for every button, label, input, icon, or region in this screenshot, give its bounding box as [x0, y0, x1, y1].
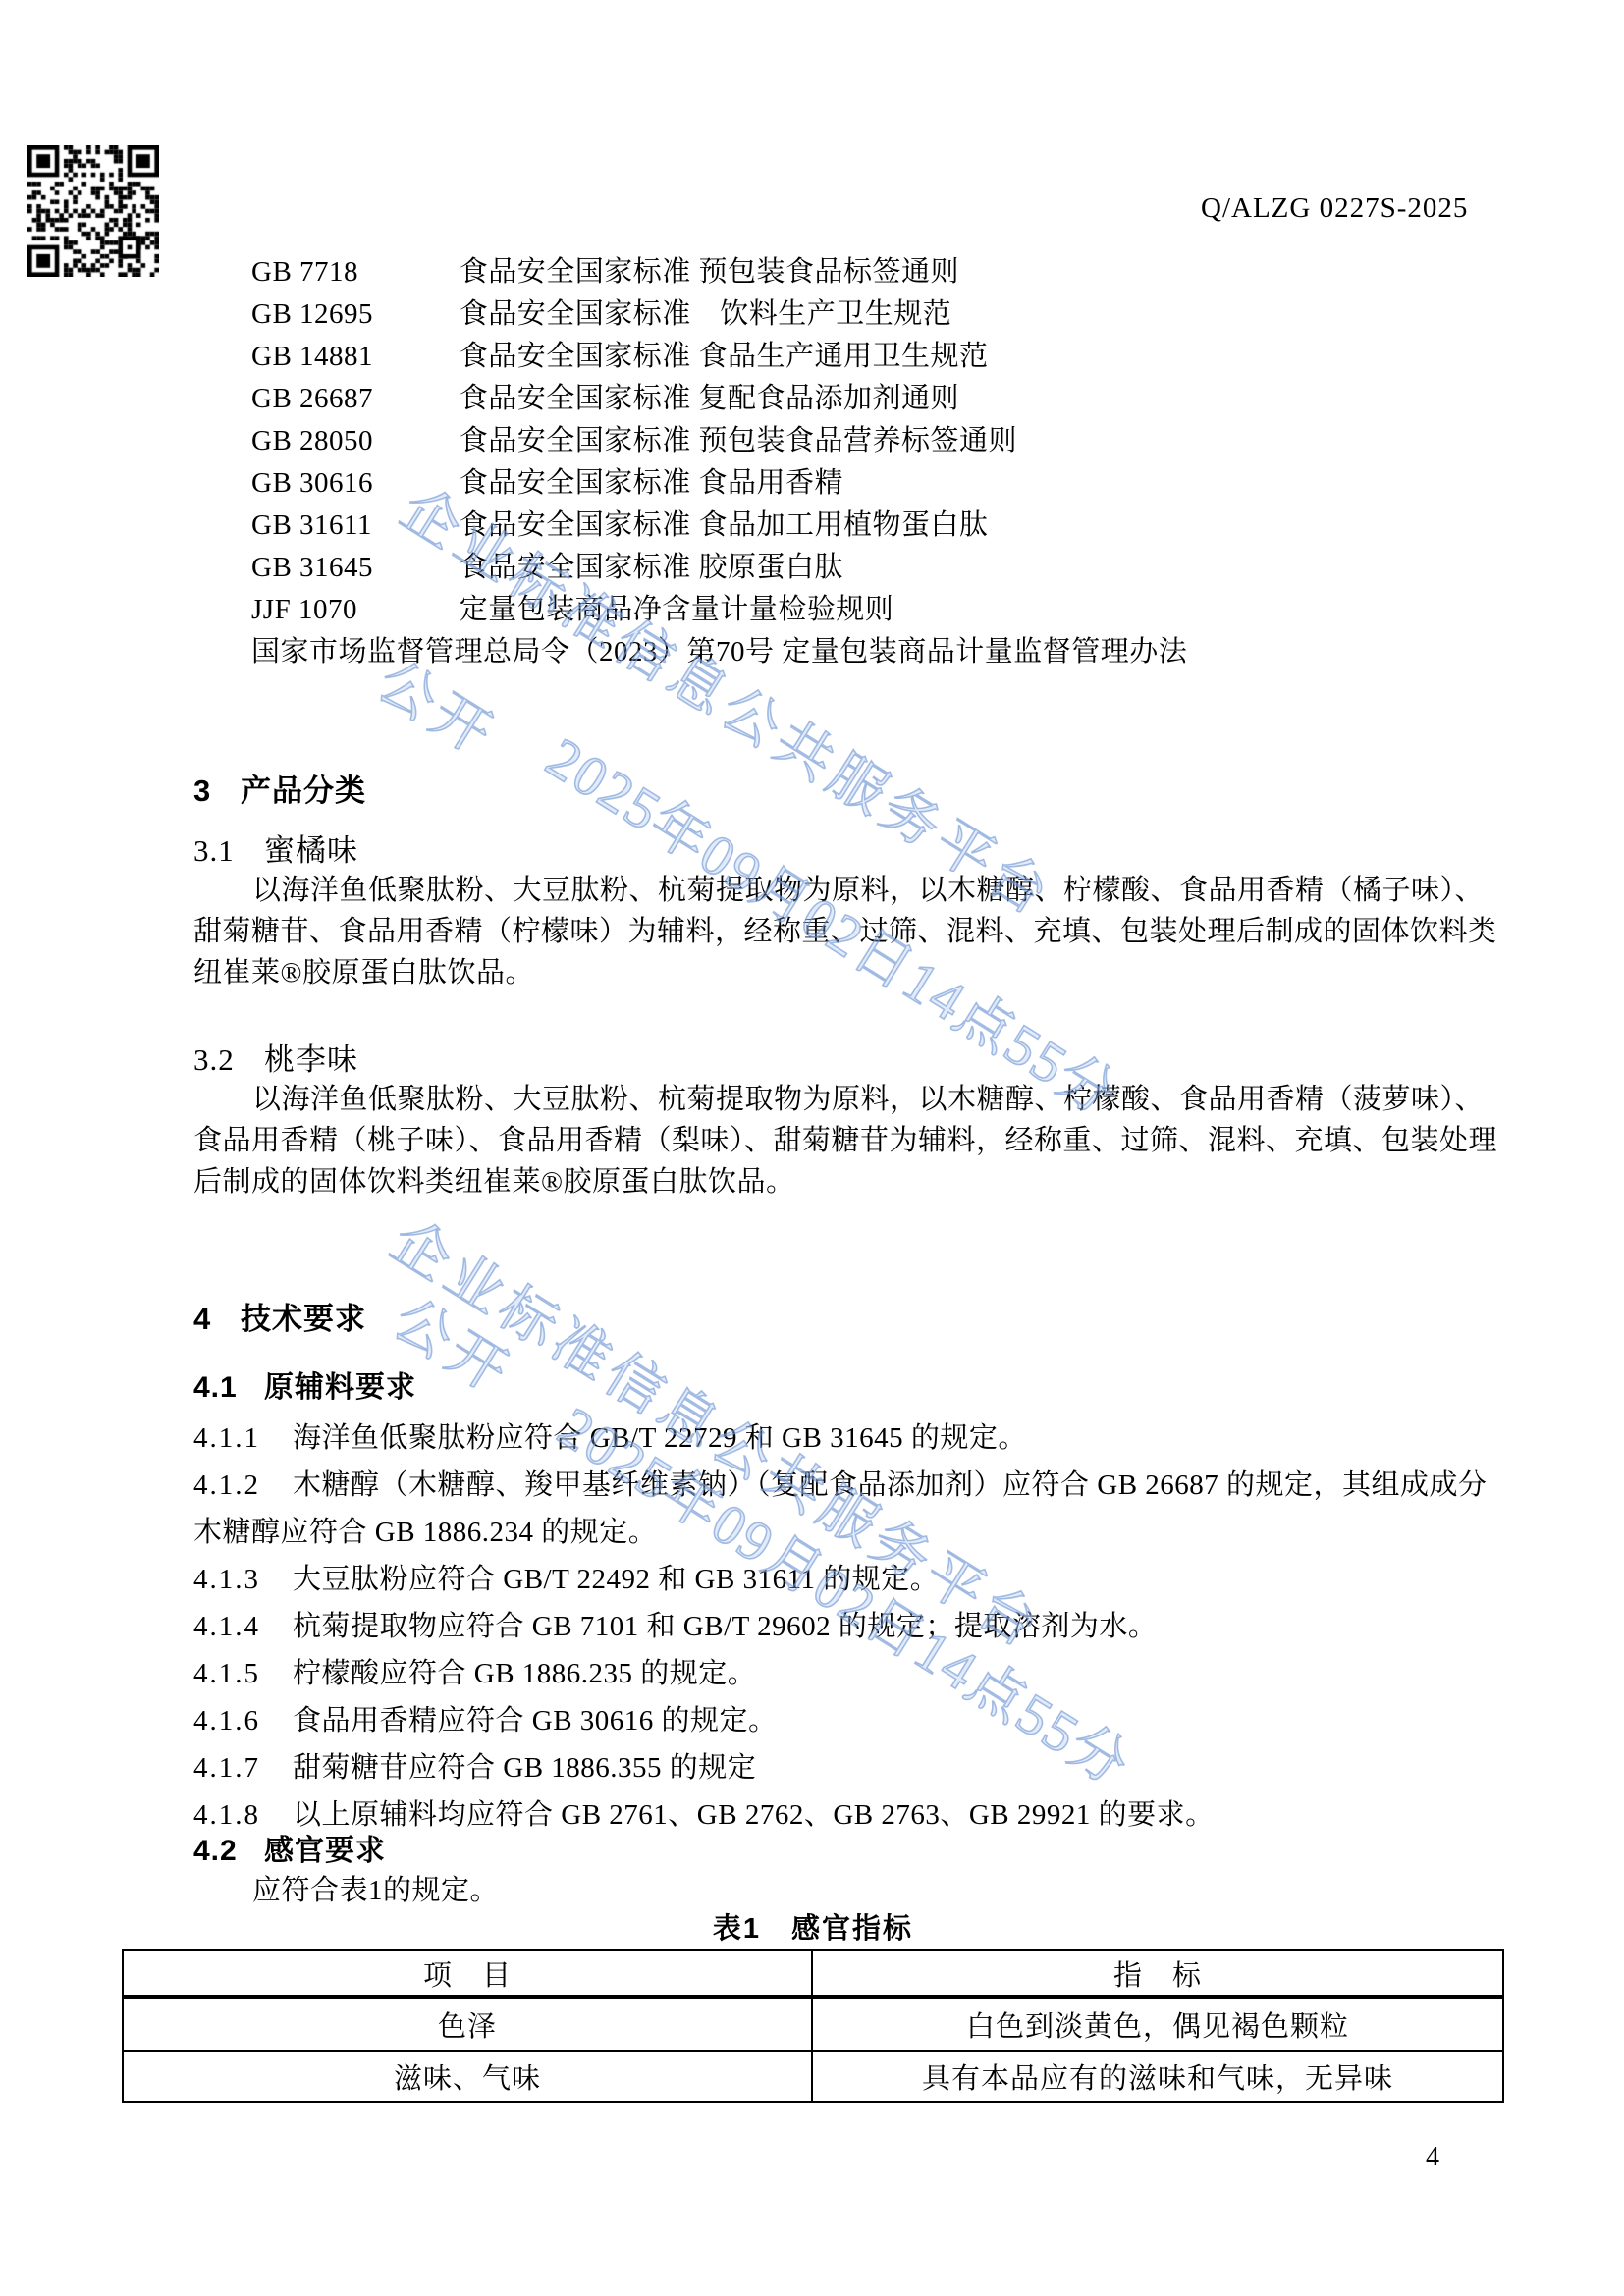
item-number: 4.1.5 [193, 1650, 293, 1697]
table-cell-spec: 具有本品应有的滋味和气味，无异味 [813, 2052, 1502, 2101]
item-number: 4.1.3 [193, 1556, 293, 1603]
reference-code: JJF 1070 [251, 589, 452, 631]
requirement-item: 4.1.6食品用香精应符合 GB 30616 的规定。 [193, 1697, 1488, 1744]
section-number: 3.1 [193, 833, 264, 869]
section-number: 3.2 [193, 1042, 264, 1078]
section-title: 蜜橘味 [264, 833, 358, 868]
section-title: 感官要求 [264, 1835, 386, 1867]
sensory-index-table: 项 目 指 标 色泽 白色到淡黄色，偶见褐色颗粒 滋味、气味 具有本品应有的滋味… [122, 1949, 1504, 2103]
reference-code: GB 14881 [251, 336, 452, 378]
reference-item: GB 31611 食品安全国家标准 食品加工用植物蛋白肽 [0, 505, 1624, 547]
requirement-item: 4.1.1海洋鱼低聚肽粉应符合 GB/T 22729 和 GB 31645 的规… [193, 1415, 1488, 1462]
section-3-heading: 3产品分类 [193, 766, 366, 810]
item-number: 4.1.4 [193, 1603, 293, 1650]
document-code: Q/ALZG 0227S-2025 [1201, 192, 1468, 225]
table-header-row: 项 目 指 标 [124, 1951, 1502, 1999]
reference-title: 食品安全国家标准 食品加工用植物蛋白肽 [460, 509, 989, 541]
reference-item: GB 26687 食品安全国家标准 复配食品添加剂通则 [0, 378, 1624, 420]
paragraph-line: 甜菊糖苷、食品用香精（柠檬味）为辅料，经称重、过筛、混料、充填、包装处理后制成的… [193, 909, 1497, 949]
reference-title: 食品安全国家标准 预包装食品标签通则 [460, 256, 959, 288]
item-text: 海洋鱼低聚肽粉应符合 GB/T 22729 和 GB 31645 的规定。 [293, 1422, 1027, 1454]
section-number: 3 [193, 774, 241, 809]
section-number: 4 [193, 1302, 241, 1337]
reference-title: 食品安全国家标准 食品生产通用卫生规范 [460, 341, 989, 372]
item-number: 4.1.7 [193, 1744, 293, 1791]
section-number: 4.1 [193, 1371, 264, 1405]
section-3-2-heading: 3.2桃李味 [193, 1035, 358, 1079]
item-number: 4.1.6 [193, 1697, 293, 1744]
reference-code: GB 28050 [251, 420, 452, 462]
table-header-item: 项 目 [124, 1951, 813, 1995]
table-cell-item: 滋味、气味 [124, 2052, 813, 2101]
reference-code: GB 7718 [251, 251, 452, 294]
item-text: 大豆肽粉应符合 GB/T 22492 和 GB 31611 的规定。 [293, 1564, 939, 1595]
reference-item: GB 30616 食品安全国家标准 食品用香精 [0, 462, 1624, 505]
reference-title: 食品安全国家标准 饮料生产卫生规范 [460, 298, 952, 330]
reference-item: GB 14881 食品安全国家标准 食品生产通用卫生规范 [0, 336, 1624, 378]
item-text: 甜菊糖苷应符合 GB 1886.355 的规定 [293, 1752, 756, 1784]
section-4-1-heading: 4.1原辅料要求 [193, 1362, 416, 1406]
section-4-2-heading: 4.2感官要求 [193, 1826, 386, 1869]
normative-references-list: GB 7718 食品安全国家标准 预包装食品标签通则 GB 12695 食品安全… [0, 251, 1624, 673]
section-title: 技术要求 [241, 1302, 366, 1336]
reference-code: GB 31611 [251, 505, 452, 547]
requirement-item: 4.1.2木糖醇（木糖醇、羧甲基纤维素钠）（复配食品添加剂）应符合 GB 266… [193, 1462, 1488, 1509]
table-cell-item: 色泽 [124, 1999, 813, 2050]
item-number: 4.1.2 [193, 1462, 293, 1509]
item-text: 木糖醇（木糖醇、羧甲基纤维素钠）（复配食品添加剂）应符合 GB 26687 的规… [293, 1469, 1488, 1501]
reference-code: GB 12695 [251, 294, 452, 336]
reference-item: GB 7718 食品安全国家标准 预包装食品标签通则 [0, 251, 1624, 294]
section-4-heading: 4技术要求 [193, 1294, 366, 1338]
reference-item: GB 12695 食品安全国家标准 饮料生产卫生规范 [0, 294, 1624, 336]
reference-title: 食品安全国家标准 胶原蛋白肽 [460, 552, 843, 583]
table-row: 色泽 白色到淡黄色，偶见褐色颗粒 [124, 1999, 1502, 2052]
reference-title: 定量包装商品净含量计量检验规则 [460, 594, 894, 625]
reference-title: 食品安全国家标准 食品用香精 [460, 467, 843, 499]
requirement-item: 4.1.8以上原辅料均应符合 GB 2761、GB 2762、GB 2763、G… [193, 1791, 1488, 1839]
item-number: 4.1.1 [193, 1415, 293, 1462]
paragraph-line: 以海洋鱼低聚肽粉、大豆肽粉、杭菊提取物为原料，以木糖醇、柠檬酸、食品用香精（橘子… [252, 868, 1484, 908]
section-number: 4.2 [193, 1835, 264, 1868]
item-text: 食品用香精应符合 GB 30616 的规定。 [293, 1705, 778, 1736]
paragraph-line: 纽崔莱®胶原蛋白肽饮品。 [193, 950, 534, 990]
reference-title: 食品安全国家标准 预包装食品营养标签通则 [460, 425, 1017, 456]
requirement-item-continuation: 木糖醇应符合 GB 1886.234 的规定。 [193, 1509, 1488, 1556]
reference-title: 食品安全国家标准 复配食品添加剂通则 [460, 383, 959, 414]
table-header-index: 指 标 [813, 1951, 1502, 1995]
item-text: 柠檬酸应符合 GB 1886.235 的规定。 [293, 1658, 756, 1689]
item-text: 以上原辅料均应符合 GB 2761、GB 2762、GB 2763、GB 299… [293, 1799, 1215, 1831]
requirement-item: 4.1.4杭菊提取物应符合 GB 7101 和 GB/T 29602 的规定；提… [193, 1603, 1488, 1650]
requirement-item: 4.1.5柠檬酸应符合 GB 1886.235 的规定。 [193, 1650, 1488, 1697]
reference-item: JJF 1070 定量包装商品净含量计量检验规则 [0, 589, 1624, 631]
section-title: 原辅料要求 [264, 1371, 416, 1404]
paragraph-line: 后制成的固体饮料类纽崔莱®胶原蛋白肽饮品。 [193, 1159, 795, 1200]
table-cell-spec: 白色到淡黄色，偶见褐色颗粒 [813, 1999, 1502, 2050]
reference-code: GB 31645 [251, 547, 452, 589]
section-3-1-heading: 3.1蜜橘味 [193, 826, 358, 870]
section-title: 桃李味 [264, 1042, 358, 1077]
table-1-caption: 表1 感官指标 [122, 1906, 1504, 1947]
paragraph-line: 食品用香精（桃子味）、食品用香精（梨味）、甜菊糖苷为辅料，经称重、过筛、混料、充… [193, 1118, 1497, 1158]
paragraph-line: 以海洋鱼低聚肽粉、大豆肽粉、杭菊提取物为原料，以木糖醇、柠檬酸、食品用香精（菠萝… [252, 1077, 1484, 1117]
reference-code: GB 26687 [251, 378, 452, 420]
requirement-item: 4.1.3大豆肽粉应符合 GB/T 22492 和 GB 31611 的规定。 [193, 1556, 1488, 1603]
paragraph-line: 应符合表1的规定。 [252, 1868, 499, 1908]
reference-item: GB 28050 食品安全国家标准 预包装食品营养标签通则 [0, 420, 1624, 462]
section-title: 产品分类 [241, 774, 366, 808]
requirement-item: 4.1.7甜菊糖苷应符合 GB 1886.355 的规定 [193, 1744, 1488, 1791]
page-number: 4 [1426, 2142, 1439, 2173]
regulation-reference: 国家市场监督管理总局令（2023）第70号 定量包装商品计量监督管理办法 [251, 631, 1624, 673]
standard-document-page: Q/ALZG 0227S-2025 GB 7718 食品安全国家标准 预包装食品… [0, 0, 1624, 2296]
reference-item: GB 31645 食品安全国家标准 胶原蛋白肽 [0, 547, 1624, 589]
item-text: 杭菊提取物应符合 GB 7101 和 GB/T 29602 的规定；提取溶剂为水… [293, 1611, 1157, 1642]
table-row: 滋味、气味 具有本品应有的滋味和气味，无异味 [124, 2052, 1502, 2101]
reference-code: GB 30616 [251, 462, 452, 505]
raw-material-requirements-list: 4.1.1海洋鱼低聚肽粉应符合 GB/T 22729 和 GB 31645 的规… [193, 1415, 1488, 1839]
